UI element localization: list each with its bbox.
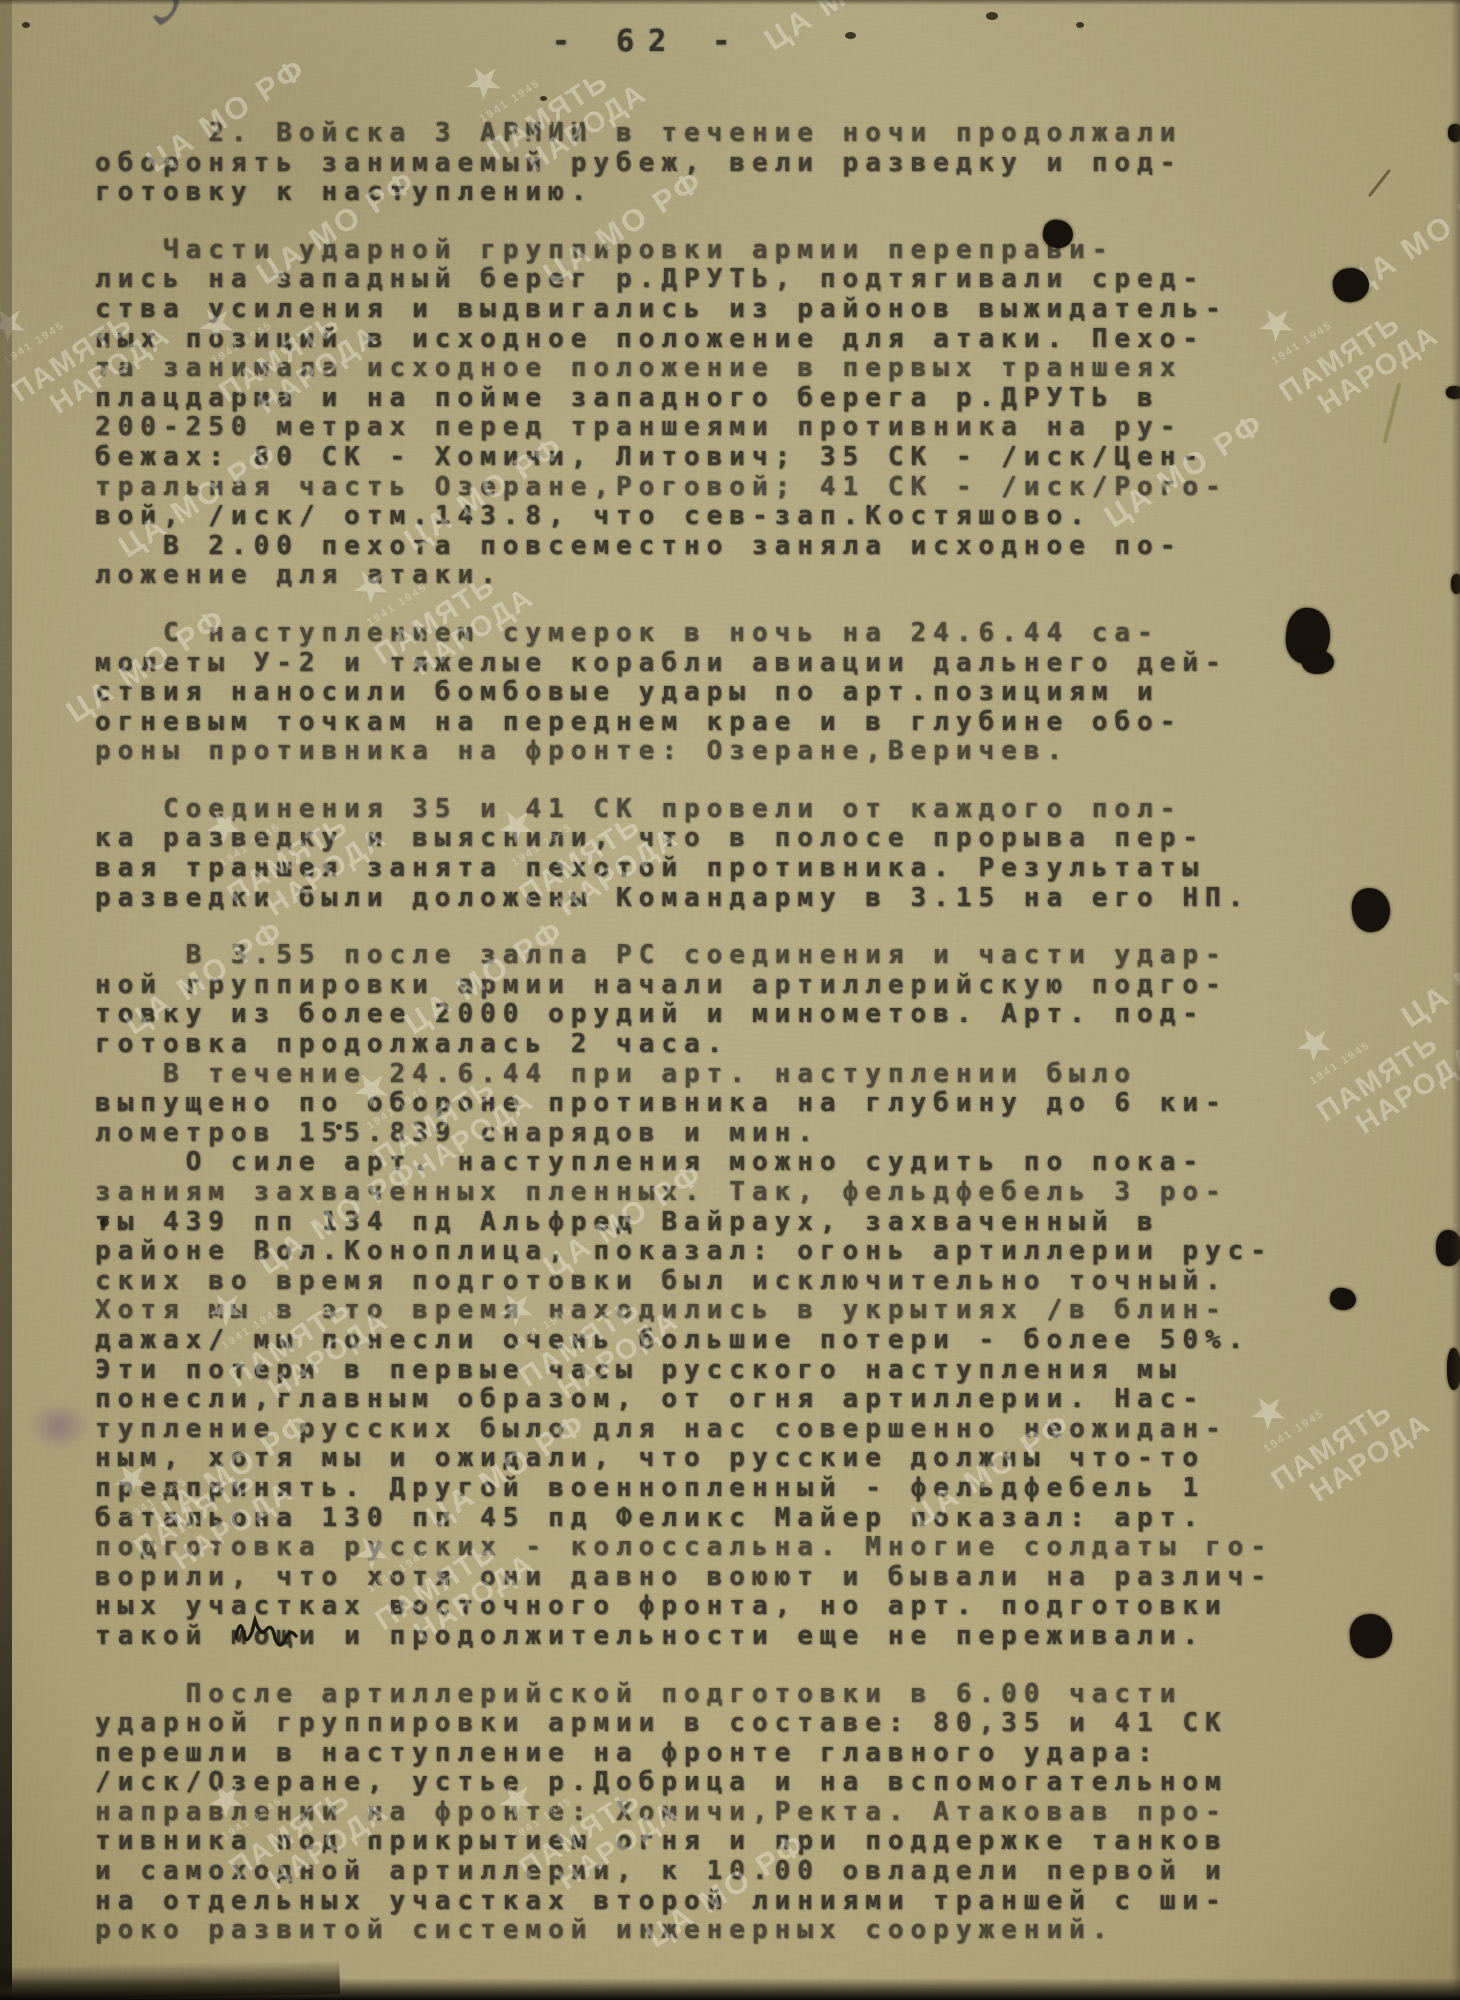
text-line: готовка продолжалась 2 часа.	[95, 1029, 1305, 1059]
ink-speck	[22, 22, 30, 28]
text-line: 2. Войска 3 АРМИИ в течение ночи продолж…	[95, 118, 1305, 148]
text-line: Эти потери в первые часы русского наступ…	[95, 1355, 1305, 1385]
text-line: лись на западный берег р.ДРУТЬ, подтягив…	[95, 264, 1305, 294]
paper-hole	[1331, 266, 1371, 305]
text-line: ным, хотя мы и ожидали, что русские долж…	[95, 1443, 1305, 1473]
paragraph: Соединения 35 и 41 СК провели от каждого…	[95, 794, 1305, 912]
text-line: роны противника на фронте: Озеране,Верич…	[95, 736, 1305, 766]
text-line: вой, /иск/ отм.143.8, что сев-зап.Костяш…	[95, 501, 1305, 531]
paper-hole	[1348, 1612, 1394, 1659]
text-line: тупление русских было для нас совершенно…	[95, 1414, 1305, 1444]
ink-speck	[986, 12, 998, 20]
text-line: Хотя мы в это время находились в укрытия…	[95, 1295, 1305, 1325]
pencil-scratch	[1368, 169, 1391, 198]
text-line: ка разведку и выяснили, что в полосе про…	[95, 823, 1305, 853]
text-line: ства усиления и выдвигались из районов в…	[95, 294, 1305, 324]
ink-speck	[336, 1124, 342, 1130]
watermark-years: 1941 1945	[1303, 987, 1448, 1096]
text-line: ных позиций в исходное положение для ата…	[95, 324, 1305, 354]
text-line: понесли,главным образом, от огня артилле…	[95, 1384, 1305, 1414]
text-line: 200-250 метрах перед траншеями противник…	[95, 412, 1305, 442]
text-line: и самоходной артиллерии, к 10.00 овладел…	[95, 1856, 1305, 1886]
text-line: ствия наносили бомбовые удары по арт.поз…	[95, 677, 1305, 707]
text-line: В течение 24.6.44 при арт. наступлении б…	[95, 1059, 1305, 1089]
text-line: подготовка русских - колоссальна. Многие…	[95, 1532, 1305, 1562]
watermark-memory-line2: НАРОДА	[1313, 320, 1444, 420]
text-line: В 3.55 после залпа РС соединения и части…	[95, 940, 1305, 970]
text-line: ворили, что хотя они давно воюют и бывал…	[95, 1562, 1305, 1592]
page-number: - 62 -	[552, 24, 744, 59]
text-line: готовку к наступлению.	[95, 177, 1305, 207]
text-line: оборонять занимаемый рубеж, вели разведк…	[95, 148, 1305, 178]
ink-smudge	[28, 1402, 90, 1450]
text-line: ложение для атаки.	[95, 560, 1305, 590]
text-line: ной группировки армии начали артиллерийс…	[95, 970, 1305, 1000]
paper-hole	[1302, 650, 1334, 674]
paragraph: Части ударной группировки армии переправ…	[95, 235, 1305, 590]
text-line: тральная часть Озеране,Роговой; 41 СК - …	[95, 472, 1305, 502]
text-line: бежах: 80 СК - Хомичи, Литович; 35 СК - …	[95, 442, 1305, 472]
text-line: ударной группировки армии в составе: 80,…	[95, 1708, 1305, 1738]
text-line: огневым точкам на переднем крае и в глуб…	[95, 707, 1305, 737]
star-icon: ★	[1290, 961, 1431, 1067]
text-line: вая траншея занята пехотой противника. Р…	[95, 853, 1305, 883]
text-line: направлении на фронте: Хомичи,Ректа. Ата…	[95, 1797, 1305, 1827]
ink-speck	[100, 1218, 109, 1227]
text-line: Части ударной группировки армии переправ…	[95, 235, 1305, 265]
text-line: С наступлением сумерок в ночь на 24.6.44…	[95, 618, 1305, 648]
handwritten-mark: 369	[108, 0, 293, 39]
paragraph: С наступлением сумерок в ночь на 24.6.44…	[95, 618, 1305, 766]
scan-edge-left	[0, 0, 12, 2000]
text-line: районе Вол.Коноплица, показал: огонь арт…	[95, 1236, 1305, 1266]
watermark-memory: ★1941 1945ПАМЯТЬНАРОДА	[1278, 961, 1460, 1154]
text-line: ских во время подготовки был исключитель…	[95, 1266, 1305, 1296]
page-scan: 369 - 62 - 2. Войска 3 АРМИИ в течение н…	[0, 0, 1460, 2000]
paper-hole	[1350, 886, 1392, 934]
document-body: 2. Войска 3 АРМИИ в течение ночи продолж…	[95, 118, 1305, 1973]
text-line: товку из более 2000 орудий и минометов. …	[95, 999, 1305, 1029]
paper-hole	[1329, 1286, 1358, 1311]
text-line: заниям захваченных пленных. Так, фельдфе…	[95, 1177, 1305, 1207]
text-line: роко развитой системой инженерных сооруж…	[95, 1915, 1305, 1945]
text-line: В 2.00 пехота повсеместно заняла исходно…	[95, 531, 1305, 561]
text-line: предпринять. Другой военнопленный - фель…	[95, 1473, 1305, 1503]
text-line: плацдарма и на пойме западного берега р.…	[95, 383, 1305, 413]
ink-speck	[845, 32, 856, 39]
text-line: выпущено по обороне противника на глубин…	[95, 1088, 1305, 1118]
text-line: /иск/Озеране, устье р.Добрица и на вспом…	[95, 1767, 1305, 1797]
watermark-memory-line2: НАРОДА	[1305, 1408, 1436, 1508]
paragraph: В 3.55 после залпа РС соединения и части…	[95, 940, 1305, 1650]
text-line: дажах/ мы понесли очень большие потери -…	[95, 1325, 1305, 1355]
text-line: на отдельных участках второй линиями тра…	[95, 1886, 1305, 1916]
text-line: разведки были доложены Командарму в 3.15…	[95, 883, 1305, 913]
scan-edge-right	[1451, 0, 1460, 2000]
text-line: О силе арт. наступления можно судить по …	[95, 1147, 1305, 1177]
paragraph: 2. Войска 3 АРМИИ в течение ночи продолж…	[95, 118, 1305, 207]
watermark-memory-line1: ПАМЯТЬ	[1312, 1027, 1445, 1129]
text-line: та занимала исходное положение в первых …	[95, 353, 1305, 383]
watermark-memory-line2: НАРОДА	[1351, 1040, 1460, 1140]
scan-edge-bottom	[0, 1978, 1460, 2000]
text-line: ты 439 пп 134 пд Альфред Вайраух, захвач…	[95, 1207, 1305, 1237]
watermark-archive: ЦА МО РФ	[758, 0, 931, 58]
scan-edge-top	[0, 0, 1460, 5]
paper-fiber	[1383, 382, 1402, 443]
ink-speck	[1076, 22, 1084, 28]
text-line: молеты У-2 и тяжелые корабли авиации дал…	[95, 648, 1305, 678]
handwritten-annotation	[228, 1608, 318, 1656]
ink-speck	[540, 96, 547, 101]
text-line: После артиллерийской подготовки в 6.00 ч…	[95, 1679, 1305, 1709]
text-line: тивника под прикрытием огня и при поддер…	[95, 1826, 1305, 1856]
text-line: лометров 155.839 снарядов и мин.	[95, 1118, 1305, 1148]
text-line: перешли в наступление на фронте главного…	[95, 1738, 1305, 1768]
paragraph: После артиллерийской подготовки в 6.00 ч…	[95, 1679, 1305, 1945]
text-line: батальона 130 пп 45 пд Феликс Майер пока…	[95, 1503, 1305, 1533]
text-line: Соединения 35 и 41 СК провели от каждого…	[95, 794, 1305, 824]
